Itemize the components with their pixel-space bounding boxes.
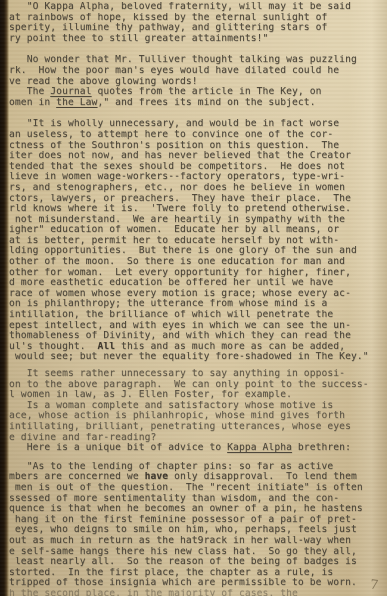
text-line: h the second place, in the majority of c… <box>9 589 379 596</box>
text-segment: on is philanthropy; the utterance from w… <box>9 299 327 309</box>
text-segment: ul's thought. <box>9 342 97 352</box>
text-line: No wonder that Mr. Tulliver thought talk… <box>9 55 379 66</box>
text-segment: e divine and far-reading? <box>9 433 156 443</box>
text-segment: least nearly all. So the reason of the b… <box>9 557 357 567</box>
text-line: not misunderstand. We are heartily in sy… <box>9 215 379 226</box>
text-segment: It seems rather unnecessary to say anyth… <box>9 369 345 379</box>
text-line: ace, whose action is philanhropic, whose… <box>9 411 379 422</box>
text-line: least nearly all. So the reason of the b… <box>9 557 379 568</box>
text-line: an useless, to attempt here to convince … <box>9 130 379 141</box>
text-line: intillation, the brilliance of which wil… <box>9 310 379 321</box>
text-segment: at rainbows of hope, kissed by the etern… <box>9 13 327 23</box>
text-line: race of women whose every motion is grac… <box>9 289 379 300</box>
text-line: It seems rather unnecessary to say anyth… <box>9 369 379 380</box>
text-segment: "As to the lending of chapter pins: so f… <box>9 462 333 472</box>
text-segment: No wonder that Mr. Tulliver thought talk… <box>9 55 357 65</box>
text-segment: omen in <box>9 98 56 108</box>
text-segment: rk. How the poor man's eyes would have d… <box>9 66 339 76</box>
text-line: l women in law, as J. Ellen Foster, for … <box>9 390 379 401</box>
text-line: d more easthetic education be offered he… <box>9 278 379 289</box>
text-line: intillating, brilliant, penetrating utte… <box>9 422 379 433</box>
text-segment: only disapproval. To lend them <box>168 472 357 482</box>
text-segment: ctors, lawyers, or preachers. They have … <box>9 194 351 204</box>
text-segment: at is better, permit her to educate hers… <box>9 236 339 246</box>
text-segment: ," and frees its mind on the subject. <box>97 98 315 108</box>
paragraph-gap <box>9 108 379 119</box>
bold-text: have <box>145 472 169 482</box>
text-line: e divine and far-reading? <box>9 433 379 444</box>
text-line: ctness of the Southron's position on thi… <box>9 141 379 152</box>
text-segment: quence is that when he becomes an owner … <box>9 504 363 514</box>
text-line: omen in the Law," and frees its mind on … <box>9 98 379 109</box>
text-segment: brethren: <box>292 443 351 453</box>
binding-edge <box>0 0 9 596</box>
text-line: lieve in women wage-workers--factory ope… <box>9 172 379 183</box>
text-segment: an useless, to attempt here to convince … <box>9 130 333 140</box>
text-line: on is philanthropy; the utterance from w… <box>9 299 379 310</box>
text-line: would see; but never the equality fore-s… <box>9 352 379 363</box>
text-line: men is out of the question. The "recent … <box>9 483 379 494</box>
text-segment: ssessed of more sentimentality than wisd… <box>9 494 339 504</box>
text-line: The Journal quotes from the article in T… <box>9 87 379 98</box>
text-segment: "It is wholly unnecessary, and would be … <box>9 119 339 129</box>
text-line: epest intellect, and with eyes in which … <box>9 321 379 332</box>
text-line: sperity, illumine thy pathway, and glitt… <box>9 23 379 34</box>
text-segment: ace, whose action is philanhropic, whose… <box>9 411 345 421</box>
paragraph-gap <box>9 454 379 462</box>
text-segment: intillation, the brilliance of which wil… <box>9 310 333 320</box>
text-line: lding opportunities. But there is one gl… <box>9 246 379 257</box>
page-corner-mark: 7 <box>369 577 379 593</box>
text-segment: d more easthetic education be offered he… <box>9 278 333 288</box>
text-segment: intillating, brilliant, penetrating utte… <box>9 422 351 432</box>
text-segment: The <box>9 87 50 97</box>
text-line: "O Kappa Alpha, beloved fraternity, will… <box>9 2 379 13</box>
text-line: rs, and stenographers, etc., nor does he… <box>9 183 379 194</box>
text-segment: lieve in women wage-workers--factory ope… <box>9 172 345 182</box>
text-line: Here is a unique bit of advice to Kappa … <box>9 443 379 454</box>
text-segment: Here is a unique bit of advice to <box>9 443 227 453</box>
text-line: other for woman. Let every opportunity f… <box>9 268 379 279</box>
text-line: e self-same hangs there his new class ha… <box>9 547 379 558</box>
text-line: tripped of those insignia which are perm… <box>9 578 379 589</box>
text-line: "As to the lending of chapter pins: so f… <box>9 462 379 473</box>
text-line: iter does not now, and has never believe… <box>9 151 379 162</box>
text-segment: other of the moon. So there is one educa… <box>9 257 345 267</box>
text-segment: quotes from the article in The Key, on <box>92 87 322 97</box>
text-segment: thomableness of Divinity, and with which… <box>9 331 351 341</box>
text-segment: ctness of the Southron's position on thi… <box>9 141 339 151</box>
text-segment: ry point thee to still greater attainmen… <box>9 34 268 44</box>
text-line: ssessed of more sentimentality than wisd… <box>9 494 379 505</box>
text-line: tended that the sexes should be competit… <box>9 162 379 173</box>
text-segment: epest intellect, and with eyes in which … <box>9 321 351 331</box>
text-line: ve read the above glowing words! <box>9 77 379 88</box>
text-segment: mbers are concerned we <box>9 472 145 482</box>
text-line: hang it on the first feminine possessor … <box>9 515 379 526</box>
text-line: rk. How the poor man's eyes would have d… <box>9 66 379 77</box>
text-segment: would see; but never the equality fore-s… <box>9 352 369 362</box>
document-page: "O Kappa Alpha, beloved fraternity, will… <box>0 0 387 596</box>
text-segment: h the second place, in the majority of c… <box>9 589 298 596</box>
text-line: mbers are concerned we have only disappr… <box>9 472 379 483</box>
text-line: Is a woman complete and satisfactory who… <box>9 401 379 412</box>
text-line: igher" education of women. Educate her b… <box>9 225 379 236</box>
text-segment: out as much in return as the hat9rack in… <box>9 536 351 546</box>
text-segment: ve read the above glowing words! <box>9 77 198 87</box>
text-line: out as much in return as the hat9rack in… <box>9 536 379 547</box>
text-segment: this and as much more as can be added, <box>115 342 345 352</box>
text-line: quence is that when he becomes an owner … <box>9 504 379 515</box>
text-line: ctors, lawyers, or preachers. They have … <box>9 194 379 205</box>
text-segment: l women in law, as J. Ellen Foster, for … <box>9 390 292 400</box>
text-segment: rs, and stenographers, etc., nor does he… <box>9 183 345 193</box>
text-line: rld knows where it is. 'Twere folly to p… <box>9 204 379 215</box>
underlined-text: the Law <box>56 98 97 108</box>
text-line: eyes, who deigns to smile on him, who, p… <box>9 525 379 536</box>
text-segment: igher" education of women. Educate her b… <box>9 225 339 235</box>
text-line: ul's thought. All this and as much more … <box>9 342 379 353</box>
text-segment: iter does not now, and has never believe… <box>9 151 351 161</box>
text-segment: not misunderstand. We are heartily in sy… <box>9 215 345 225</box>
text-line: storted. In the first place, the chapter… <box>9 568 379 579</box>
text-segment: hang it on the first feminine possessor … <box>9 515 357 525</box>
text-segment: e self-same hangs there his new class ha… <box>9 547 357 557</box>
text-segment: sperity, illumine thy pathway, and glitt… <box>9 23 327 33</box>
text-segment: tripped of those insignia which are perm… <box>9 578 357 588</box>
text-line: at is better, permit her to educate hers… <box>9 236 379 247</box>
text-line: on to the above paragraph. We can only p… <box>9 380 379 391</box>
text-segment: tended that the sexes should be competit… <box>9 162 345 172</box>
text-segment: storted. In the first place, the chapter… <box>9 568 333 578</box>
paragraph-gap <box>9 44 379 55</box>
text-line: ry point thee to still greater attainmen… <box>9 34 379 45</box>
text-segment: eyes, who deigns to smile on him, who, p… <box>9 525 357 535</box>
document-text: "O Kappa Alpha, beloved fraternity, will… <box>9 2 379 596</box>
underlined-text: Journal <box>50 87 91 97</box>
text-segment: lding opportunities. But there is one gl… <box>9 246 357 256</box>
text-segment: men is out of the question. The "recent … <box>9 483 363 493</box>
text-line: other of the moon. So there is one educa… <box>9 257 379 268</box>
underlined-text: Kappa Alpha <box>227 443 292 453</box>
bold-text: All <box>97 342 115 352</box>
text-segment: "O Kappa Alpha, beloved fraternity, will… <box>9 2 351 12</box>
text-line: at rainbows of hope, kissed by the etern… <box>9 13 379 24</box>
text-segment: other for woman. Let every opportunity f… <box>9 268 351 278</box>
text-line: "It is wholly unnecessary, and would be … <box>9 119 379 130</box>
text-line: thomableness of Divinity, and with which… <box>9 331 379 342</box>
text-segment: Is a woman complete and satisfactory who… <box>9 401 333 411</box>
text-segment: rld knows where it is. 'Twere folly to p… <box>9 204 351 214</box>
text-segment: race of women whose every motion is grac… <box>9 289 351 299</box>
text-segment: on to the above paragraph. We can only p… <box>9 380 369 390</box>
